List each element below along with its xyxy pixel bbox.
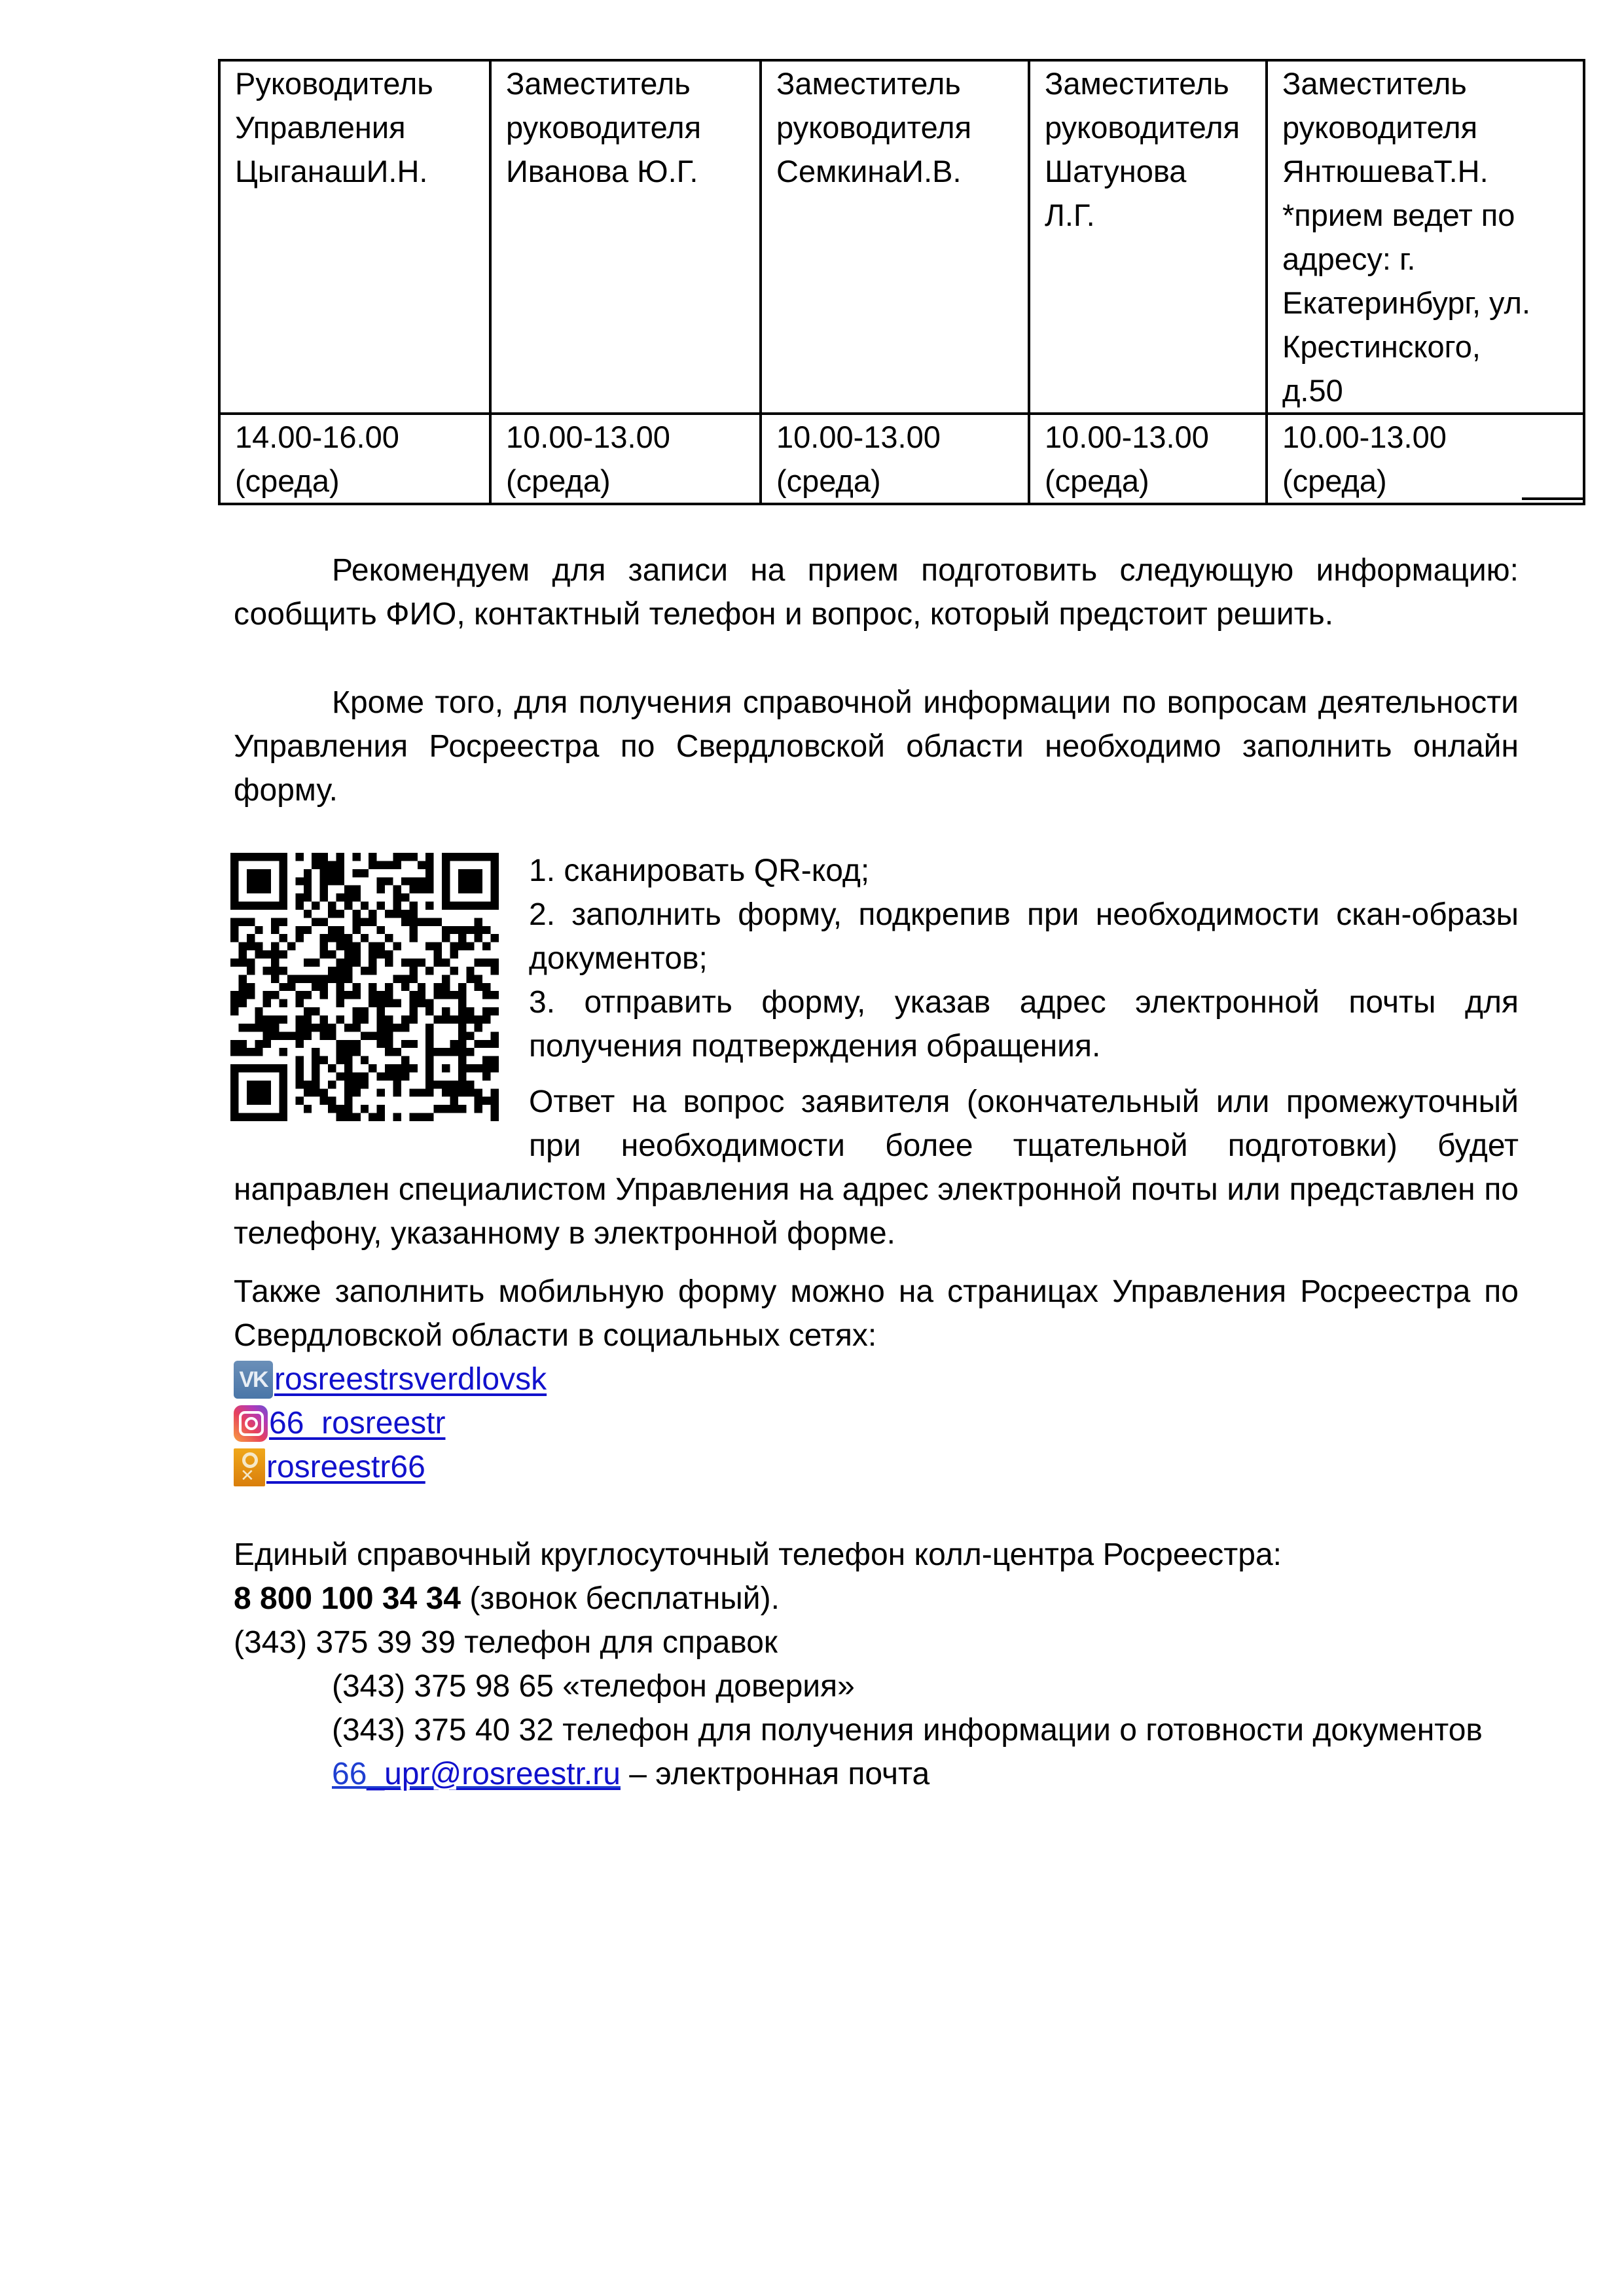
table-header-row: Руководитель Управления ЦыганашИ.Н. Заме… — [219, 60, 1584, 414]
vk-link[interactable]: rosreestrsverdlovsk — [274, 1357, 547, 1401]
social-link-instagram[interactable]: 66_rosreestr — [234, 1401, 445, 1445]
table-row: 14.00-16.00 (среда) 10.00-13.00 (среда) … — [219, 414, 1584, 504]
email-label: – электронная почта — [621, 1757, 929, 1791]
instagram-link[interactable]: 66_rosreestr — [269, 1401, 445, 1445]
official-cell: Руководитель Управления ЦыганашИ.Н. — [219, 60, 490, 414]
status-phone: (343) 375 40 32 телефон для получения ин… — [234, 1708, 1519, 1752]
odnoklassniki-link[interactable]: rosreestr66 — [266, 1445, 425, 1489]
table-underline-artifact — [1522, 497, 1583, 500]
reception-time-cell: 14.00-16.00 (среда) — [219, 414, 490, 504]
recommendation-text: Рекомендуем для записи на прием подготов… — [234, 548, 1519, 636]
qr-steps-list: 1. сканировать QR-код; 2. заполнить форм… — [529, 849, 1519, 1068]
social-link-odnoklassniki[interactable]: rosreestr66 — [234, 1445, 425, 1489]
official-cell: Заместитель руководителя Иванова Ю.Г. — [490, 60, 761, 414]
step-2: 2. заполнить форму, подкрепив при необхо… — [529, 893, 1519, 980]
reception-time-cell: 10.00-13.00 (среда) — [1267, 414, 1584, 504]
step-1: 1. сканировать QR-код; — [529, 849, 1519, 893]
answer-paragraph: Ответ на вопрос заявителя (окончательный… — [234, 1080, 1519, 1255]
hotline-line: 8 800 100 34 34 (звонок бесплатный). — [234, 1577, 1519, 1621]
online-form-text: Кроме того, для получения справочной инф… — [234, 681, 1519, 812]
social-intro-paragraph: Также заполнить мобильную форму можно на… — [234, 1270, 1519, 1357]
official-cell: Заместитель руководителя СемкинаИ.В. — [761, 60, 1029, 414]
vk-icon: VK — [234, 1361, 273, 1399]
contacts-section: Единый справочный круглосуточный телефон… — [234, 1533, 1519, 1796]
online-form-paragraph: Кроме того, для получения справочной инф… — [234, 681, 1519, 812]
step-3: 3. отправить форму, указав адрес электро… — [529, 980, 1519, 1068]
reception-time-cell: 10.00-13.00 (среда) — [490, 414, 761, 504]
email-address: _upr@rosreestr.ru — [367, 1757, 621, 1791]
email-prefix: 66 — [332, 1757, 367, 1791]
document-page: Руководитель Управления ЦыганашИ.Н. Заме… — [0, 0, 1624, 2296]
reception-time-cell: 10.00-13.00 (среда) — [1029, 414, 1267, 504]
hotline-intro: Единый справочный круглосуточный телефон… — [234, 1533, 1519, 1577]
email-link[interactable]: 66_upr@rosreestr.ru — [332, 1757, 621, 1791]
email-line: 66_upr@rosreestr.ru – электронная почта — [234, 1752, 1519, 1796]
official-cell: Заместитель руководителя Шатунова Л.Г. — [1029, 60, 1267, 414]
hotline-note: (звонок бесплатный). — [461, 1581, 780, 1616]
hotline-number: 8 800 100 34 34 — [234, 1581, 461, 1616]
reception-time-cell: 10.00-13.00 (среда) — [761, 414, 1029, 504]
reception-schedule-table: Руководитель Управления ЦыганашИ.Н. Заме… — [218, 59, 1585, 505]
info-phone: (343) 375 39 39 телефон для справок — [234, 1621, 1519, 1664]
official-cell: Заместитель руководителя ЯнтюшеваТ.Н. *п… — [1267, 60, 1584, 414]
instagram-icon — [234, 1405, 268, 1442]
social-intro-text: Также заполнить мобильную форму можно на… — [234, 1270, 1519, 1357]
odnoklassniki-icon — [234, 1448, 265, 1486]
social-link-vk[interactable]: VK rosreestrsverdlovsk — [234, 1357, 547, 1401]
recommendation-paragraph: Рекомендуем для записи на прием подготов… — [234, 548, 1519, 636]
trust-phone: (343) 375 98 65 «телефон доверия» — [234, 1664, 1519, 1708]
